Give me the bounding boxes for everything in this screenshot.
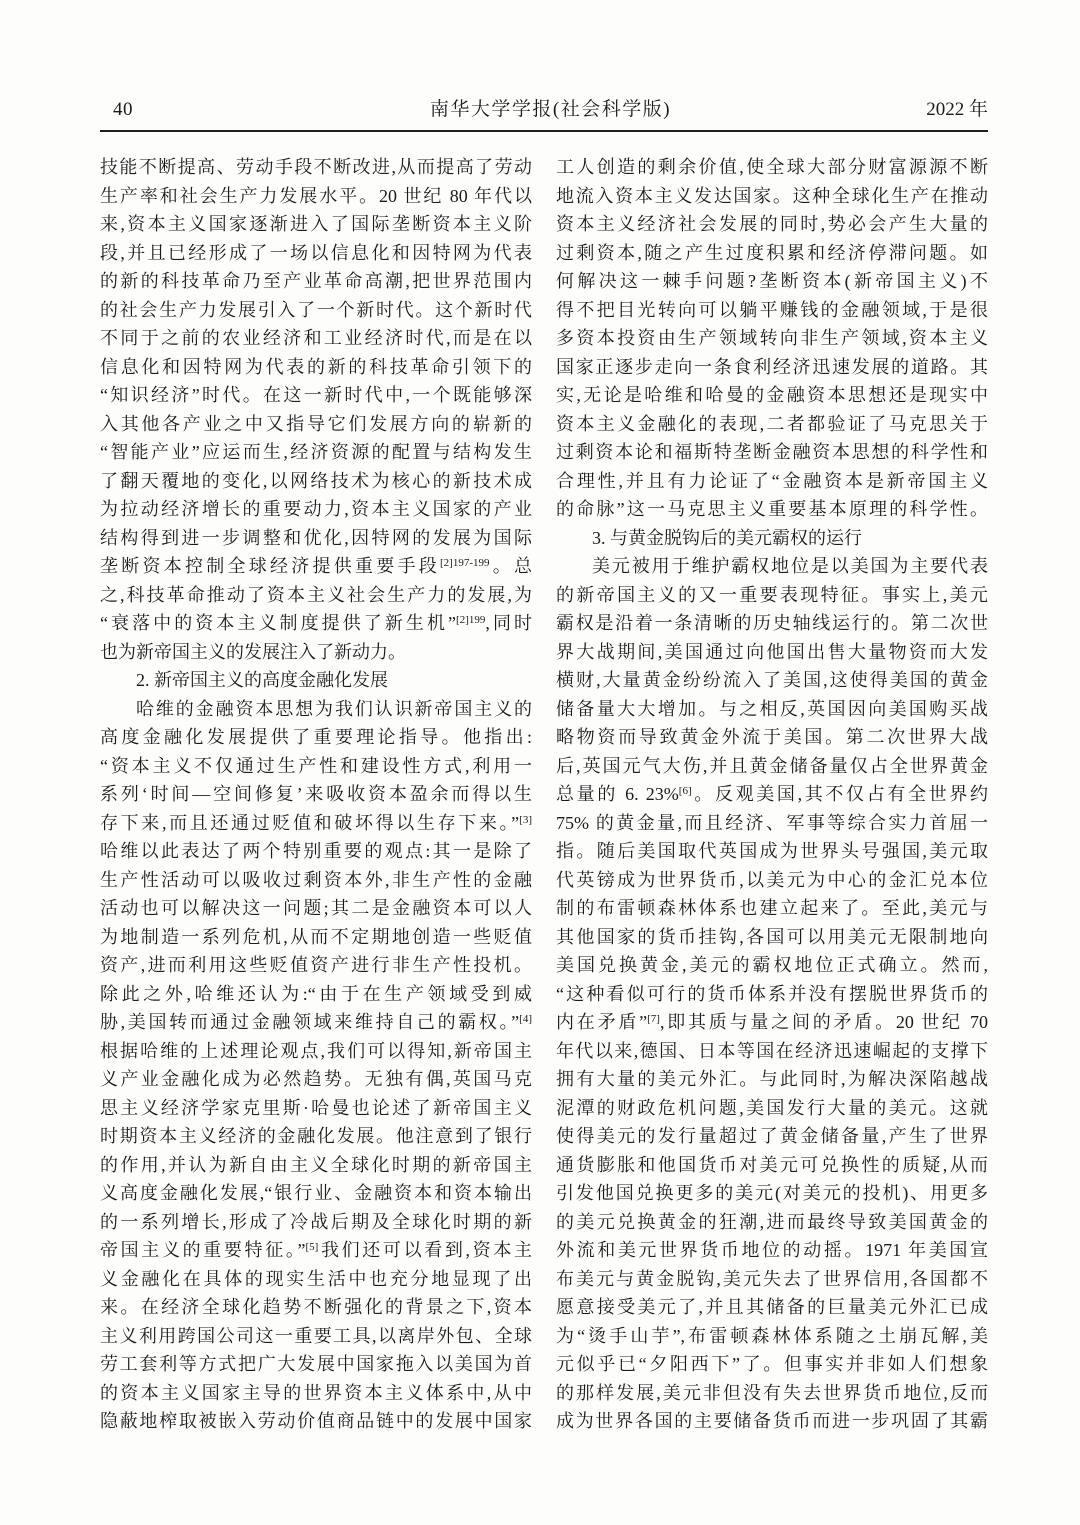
text-line: 指。随后美国取代英国成为世界头号强国,美元取: [556, 837, 988, 866]
text-line: 外流和美元世界货币地位的动摇。1971 年美国宣: [556, 1236, 988, 1265]
text-line: 的命脉”这一马克思主义重要基本原理的科学性。: [556, 495, 988, 524]
text-line: 内在矛盾”[7],即其质与量之间的矛盾。20 世纪 70: [556, 1008, 988, 1037]
text-line: 胁,美国转而通过金融领域来维持自己的霸权。”[4]: [100, 1008, 532, 1037]
text-line: 实,无论是哈维和哈曼的金融资本思想还是现实中: [556, 381, 988, 410]
article-body: 技能不断提高、劳动手段不断改进,从而提高了劳动生产率和社会生产力发展水平。20 …: [100, 153, 988, 1436]
citation-ref: [4]: [519, 1013, 532, 1025]
text-line: 来,资本主义国家逐渐进入了国际垄断资本主义阶: [100, 210, 532, 239]
text-line: 段,并且已经形成了一场以信息化和因特网为代表: [100, 239, 532, 268]
text-line: “这种看似可行的货币体系并没有摆脱世界货币的: [556, 980, 988, 1009]
text-line: 的新的科技革命乃至产业革命高潮,把世界范围内: [100, 267, 532, 296]
text-line: 之,科技革命推动了资本主义社会生产力的发展,为: [100, 581, 532, 610]
text-line: 成为世界各国的主要储备货币而进一步巩固了其霸: [556, 1407, 988, 1436]
text-line: 横财,大量黄金纷纷流入了美国,这使得美国的黄金: [556, 666, 988, 695]
text-line: 哈维以此表达了两个特别重要的观点:其一是除了: [100, 837, 532, 866]
text-line: 主义利用跨国公司这一重要工具,以离岸外包、全球: [100, 1322, 532, 1351]
text-line: 年代以来,德国、日本等国在经济迅速崛起的支撑下: [556, 1037, 988, 1066]
text-line: 技能不断提高、劳动手段不断改进,从而提高了劳动: [100, 153, 532, 182]
text-line: 制的布雷顿森林体系也建立起来了。至此,美元与: [556, 894, 988, 923]
text-line: 过剩资本论和福斯特垄断金融资本思想的科学性和: [556, 438, 988, 467]
text-line: 地流入资本主义发达国家。这种全球化生产在推动: [556, 182, 988, 211]
text-line: 隐蔽地榨取被嵌入劳动价值商品链中的发展中国家: [100, 1407, 532, 1436]
text-line: 了翻天覆地的变化,以网络技术为核心的新技术成: [100, 467, 532, 496]
text-line: 除此之外,哈维还认为:“由于在生产领域受到威: [100, 980, 532, 1009]
text-line: 布美元与黄金脱钩,美元失去了世界信用,各国都不: [556, 1265, 988, 1294]
text-line: 劳工套利等方式把广大发展中国家拖入以美国为首: [100, 1350, 532, 1379]
text-line: 为拉动经济增长的重要动力,资本主义国家的产业: [100, 495, 532, 524]
journal-title: 南华大学学报(社会科学版): [243, 94, 858, 121]
text-line: 哈维的金融资本思想为我们认识新帝国主义的: [100, 695, 532, 724]
text-line: 美国兑换黄金,美元的霸权地位正式确立。然而,: [556, 951, 988, 980]
citation-ref: [2]197-199: [440, 557, 490, 569]
text-line: 后,英国元气大伤,并且黄金储备量仅占全世界黄金: [556, 752, 988, 781]
journal-page: 40 南华大学学报(社会科学版) 2022 年 技能不断提高、劳动手段不断改进,…: [0, 0, 1080, 1525]
page-header: 40 南华大学学报(社会科学版) 2022 年: [100, 94, 988, 120]
text-line: 时期资本主义经济的金融化发展。他注意到了银行: [100, 1122, 532, 1151]
text-line: 工人创造的剩余价值,使全球大部分财富源源不断: [556, 153, 988, 182]
text-line: 引发他国兑换更多的美元(对美元的投机)、用更多: [556, 1179, 988, 1208]
text-line: 存下来,而且还通过贬值和破坏得以生存下来。”[3]: [100, 809, 532, 838]
text-line: 也为新帝国主义的发展注入了新动力。: [100, 638, 532, 667]
text-line: 根据哈维的上述理论观点,我们可以得知,新帝国主: [100, 1037, 532, 1066]
text-line: 结构得到进一步调整和优化,因特网的发展为国际: [100, 524, 532, 553]
text-line: 多资本投资由生产领域转向非生产领域,资本主义: [556, 324, 988, 353]
text-line: 愿意接受美元了,并且其储备的巨量美元外汇已成: [556, 1293, 988, 1322]
text-line: 拥有大量的美元外汇。与此同时,为解决深陷越战: [556, 1065, 988, 1094]
text-line: 义高度金融化发展,“银行业、金融资本和资本输出: [100, 1179, 532, 1208]
text-line: 代英镑成为世界货币,以美元为中心的金汇兑本位: [556, 866, 988, 895]
text-line: 为“烫手山芋”,布雷顿森林体系随之土崩瓦解,美: [556, 1322, 988, 1351]
text-line: 入其他各产业之中又指导它们发展方向的崭新的: [100, 410, 532, 439]
text-line: 泥潭的财政危机问题,美国发行大量的美元。这就: [556, 1094, 988, 1123]
text-line: 3. 与黄金脱钩后的美元霸权的运行: [556, 524, 988, 553]
text-line: 通货膨胀和他国货币对美元可兑换性的质疑,从而: [556, 1151, 988, 1180]
text-line: “资本主义不仅通过生产性和建设性方式,利用一: [100, 752, 532, 781]
text-line: 的美元兑换黄金的狂潮,进而最终导致美国黄金的: [556, 1208, 988, 1237]
text-line: 资本主义金融化的表现,二者都验证了马克思关于: [556, 410, 988, 439]
text-line: 高度金融化发展提供了重要理论指导。他指出:: [100, 723, 532, 752]
text-line: “衰落中的资本主义制度提供了新生机”[2]199,同时: [100, 609, 532, 638]
text-line: “智能产业”应运而生,经济资源的配置与结构发生: [100, 438, 532, 467]
text-line: “知识经济”时代。在这一新时代中,一个既能够深: [100, 381, 532, 410]
text-line: 元似乎已“夕阳西下”了。但事实并非如人们想象: [556, 1350, 988, 1379]
citation-ref: [2]199: [456, 614, 485, 626]
citation-ref: [6]: [679, 785, 692, 797]
text-line: 的社会生产力发展引入了一个新时代。这个新时代: [100, 296, 532, 325]
citation-ref: [7]: [647, 1013, 660, 1025]
text-line: 霸权是沿着一条清晰的历史轴线运行的。第二次世: [556, 609, 988, 638]
text-line: 的那样发展,美元非但没有失去世界货币地位,反而: [556, 1379, 988, 1408]
text-line: 垄断资本控制全球经济提供重要手段[2]197-199。总: [100, 552, 532, 581]
text-line: 合理性,并且有力论证了“金融资本是新帝国主义: [556, 467, 988, 496]
text-line: 的作用,并认为新自由主义全球化时期的新帝国主: [100, 1151, 532, 1180]
text-line: 其他国家的货币挂钩,各国可以用美元无限制地向: [556, 923, 988, 952]
citation-ref: [5]: [306, 1241, 319, 1253]
issue-year: 2022 年: [858, 94, 988, 121]
text-line: 何解决这一棘手问题?垄断资本(新帝国主义)不: [556, 267, 988, 296]
text-line: 活动也可以解决这一问题;其二是金融资本可以人: [100, 894, 532, 923]
text-line: 资本主义经济社会发展的同时,势必会产生大量的: [556, 210, 988, 239]
text-line: 资产,进而利用这些贬值资产进行非生产性投机。: [100, 951, 532, 980]
text-line: 的新帝国主义的又一重要表现特征。事实上,美元: [556, 581, 988, 610]
text-line: 75% 的黄金量,而且经济、军事等综合实力首屈一: [556, 809, 988, 838]
right-column: 工人创造的剩余价值,使全球大部分财富源源不断地流入资本主义发达国家。这种全球化生…: [556, 153, 988, 1436]
text-line: 略物资而导致黄金外流于美国。第二次世界大战: [556, 723, 988, 752]
text-line: 信息化和因特网为代表的新的科技革命引领下的: [100, 353, 532, 382]
text-line: 生产率和社会生产力发展水平。20 世纪 80 年代以: [100, 182, 532, 211]
text-line: 界大战期间,美国通过向他国出售大量物资而大发: [556, 638, 988, 667]
text-line: 美元被用于维护霸权地位是以美国为主要代表: [556, 552, 988, 581]
text-line: 储备量大大增加。与之相反,英国因向美国购买战: [556, 695, 988, 724]
left-column: 技能不断提高、劳动手段不断改进,从而提高了劳动生产率和社会生产力发展水平。20 …: [100, 153, 532, 1436]
text-line: 系列‘时间—空间修复’来吸收资本盈余而得以生: [100, 780, 532, 809]
citation-ref: [3]: [519, 814, 532, 826]
text-line: 不同于之前的农业经济和工业经济时代,而是在以: [100, 324, 532, 353]
text-line: 2. 新帝国主义的高度金融化发展: [100, 666, 532, 695]
text-line: 思主义经济学家克里斯·哈曼也论述了新帝国主义: [100, 1094, 532, 1123]
header-rule: [100, 130, 988, 132]
text-line: 的一系列增长,形成了冷战后期及全球化时期的新: [100, 1208, 532, 1237]
text-line: 得不把目光转向可以躺平赚钱的金融领域,于是很: [556, 296, 988, 325]
text-line: 总量的 6. 23%[6]。反观美国,其不仅占有全世界约: [556, 780, 988, 809]
text-line: 生产性活动可以吸收过剩资本外,非生产性的金融: [100, 866, 532, 895]
text-line: 义产业金融化成为必然趋势。无独有偶,英国马克: [100, 1065, 532, 1094]
text-line: 帝国主义的重要特征。”[5]我们还可以看到,资本主: [100, 1236, 532, 1265]
text-line: 义金融化在具体的现实生活中也充分地显现了出: [100, 1265, 532, 1294]
text-line: 使得美元的发行量超过了黄金储备量,产生了世界: [556, 1122, 988, 1151]
text-line: 国家正逐步走向一条食利经济迅速发展的道路。其: [556, 353, 988, 382]
page-number: 40: [100, 99, 243, 121]
text-line: 过剩资本,随之产生过度积累和经济停滞问题。如: [556, 239, 988, 268]
text-line: 的资本主义国家主导的世界资本主义体系中,从中: [100, 1379, 532, 1408]
text-line: 来。在经济全球化趋势不断强化的背景之下,资本: [100, 1293, 532, 1322]
text-line: 为地制造一系列危机,从而不定期地创造一些贬值: [100, 923, 532, 952]
